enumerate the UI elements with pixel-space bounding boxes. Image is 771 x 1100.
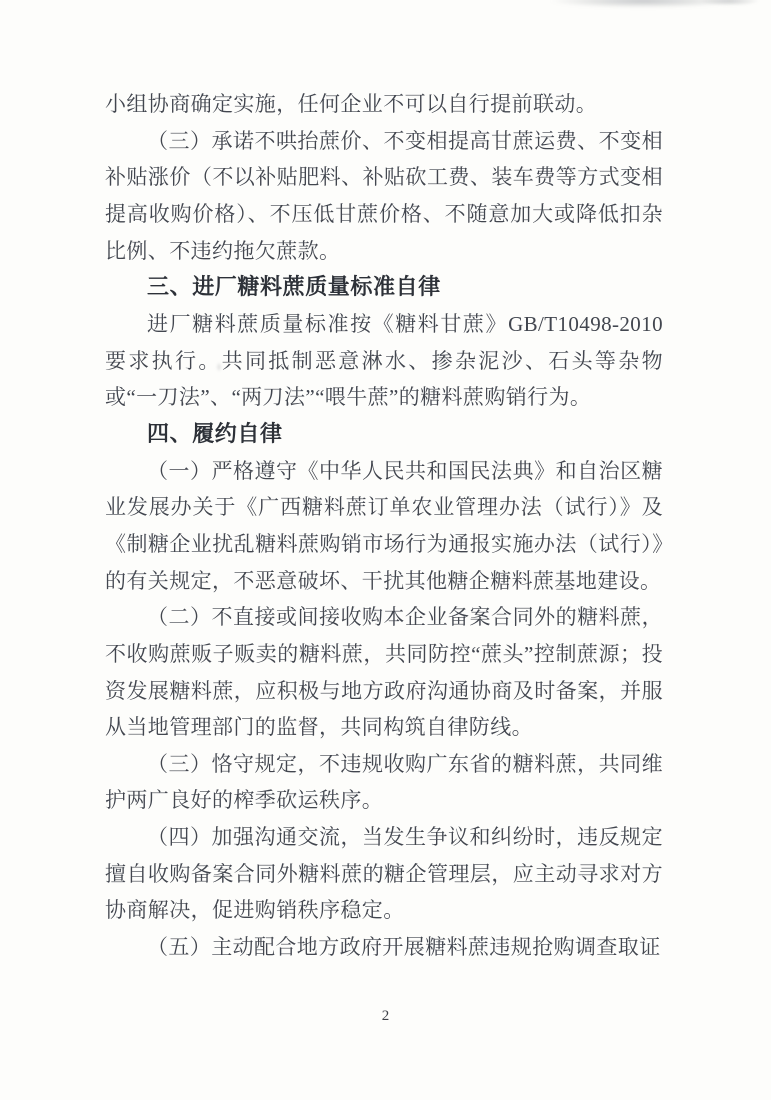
paragraph: 小组协商确定实施，任何企业不可以自行提前联动。 bbox=[105, 86, 663, 123]
paragraph: 进厂糖料蔗质量标准按《糖料甘蔗》GB/T10498-2010 要求执行。共同抵制… bbox=[105, 306, 663, 416]
document-content: 小组协商确定实施，任何企业不可以自行提前联动。（三）承诺不哄抬蔗价、不变相提高甘… bbox=[105, 86, 663, 966]
paragraph: （二）不直接或间接收购本企业备案合同外的糖料蔗，不收购蔗贩子贩卖的糖料蔗，共同防… bbox=[105, 599, 663, 746]
paragraph: （三）承诺不哄抬蔗价、不变相提高甘蔗运费、不变相补贴涨价（不以补贴肥料、补贴砍工… bbox=[105, 123, 663, 270]
scan-artifact bbox=[548, 0, 738, 8]
paragraph: （三）恪守规定，不违规收购广东省的糖料蔗，共同维护两广良好的榨季砍运秩序。 bbox=[105, 746, 663, 819]
paragraph: （一）严格遵守《中华人民共和国民法典》和自治区糖业发展办关于《广西糖料蔗订单农业… bbox=[105, 453, 663, 600]
document-page: 小组协商确定实施，任何企业不可以自行提前联动。（三）承诺不哄抬蔗价、不变相提高甘… bbox=[0, 0, 771, 1100]
paragraph: （五）主动配合地方政府开展糖料蔗违规抢购调查取证 bbox=[105, 929, 663, 966]
page-number: 2 bbox=[0, 1008, 771, 1025]
section-heading: 四、履约自律 bbox=[105, 416, 663, 453]
paragraph: （四）加强沟通交流，当发生争议和纠纷时，违反规定擅自收购备案合同外糖料蔗的糖企管… bbox=[105, 819, 663, 929]
section-heading: 三、进厂糖料蔗质量标准自律 bbox=[105, 269, 663, 306]
scan-artifact bbox=[700, 0, 760, 6]
